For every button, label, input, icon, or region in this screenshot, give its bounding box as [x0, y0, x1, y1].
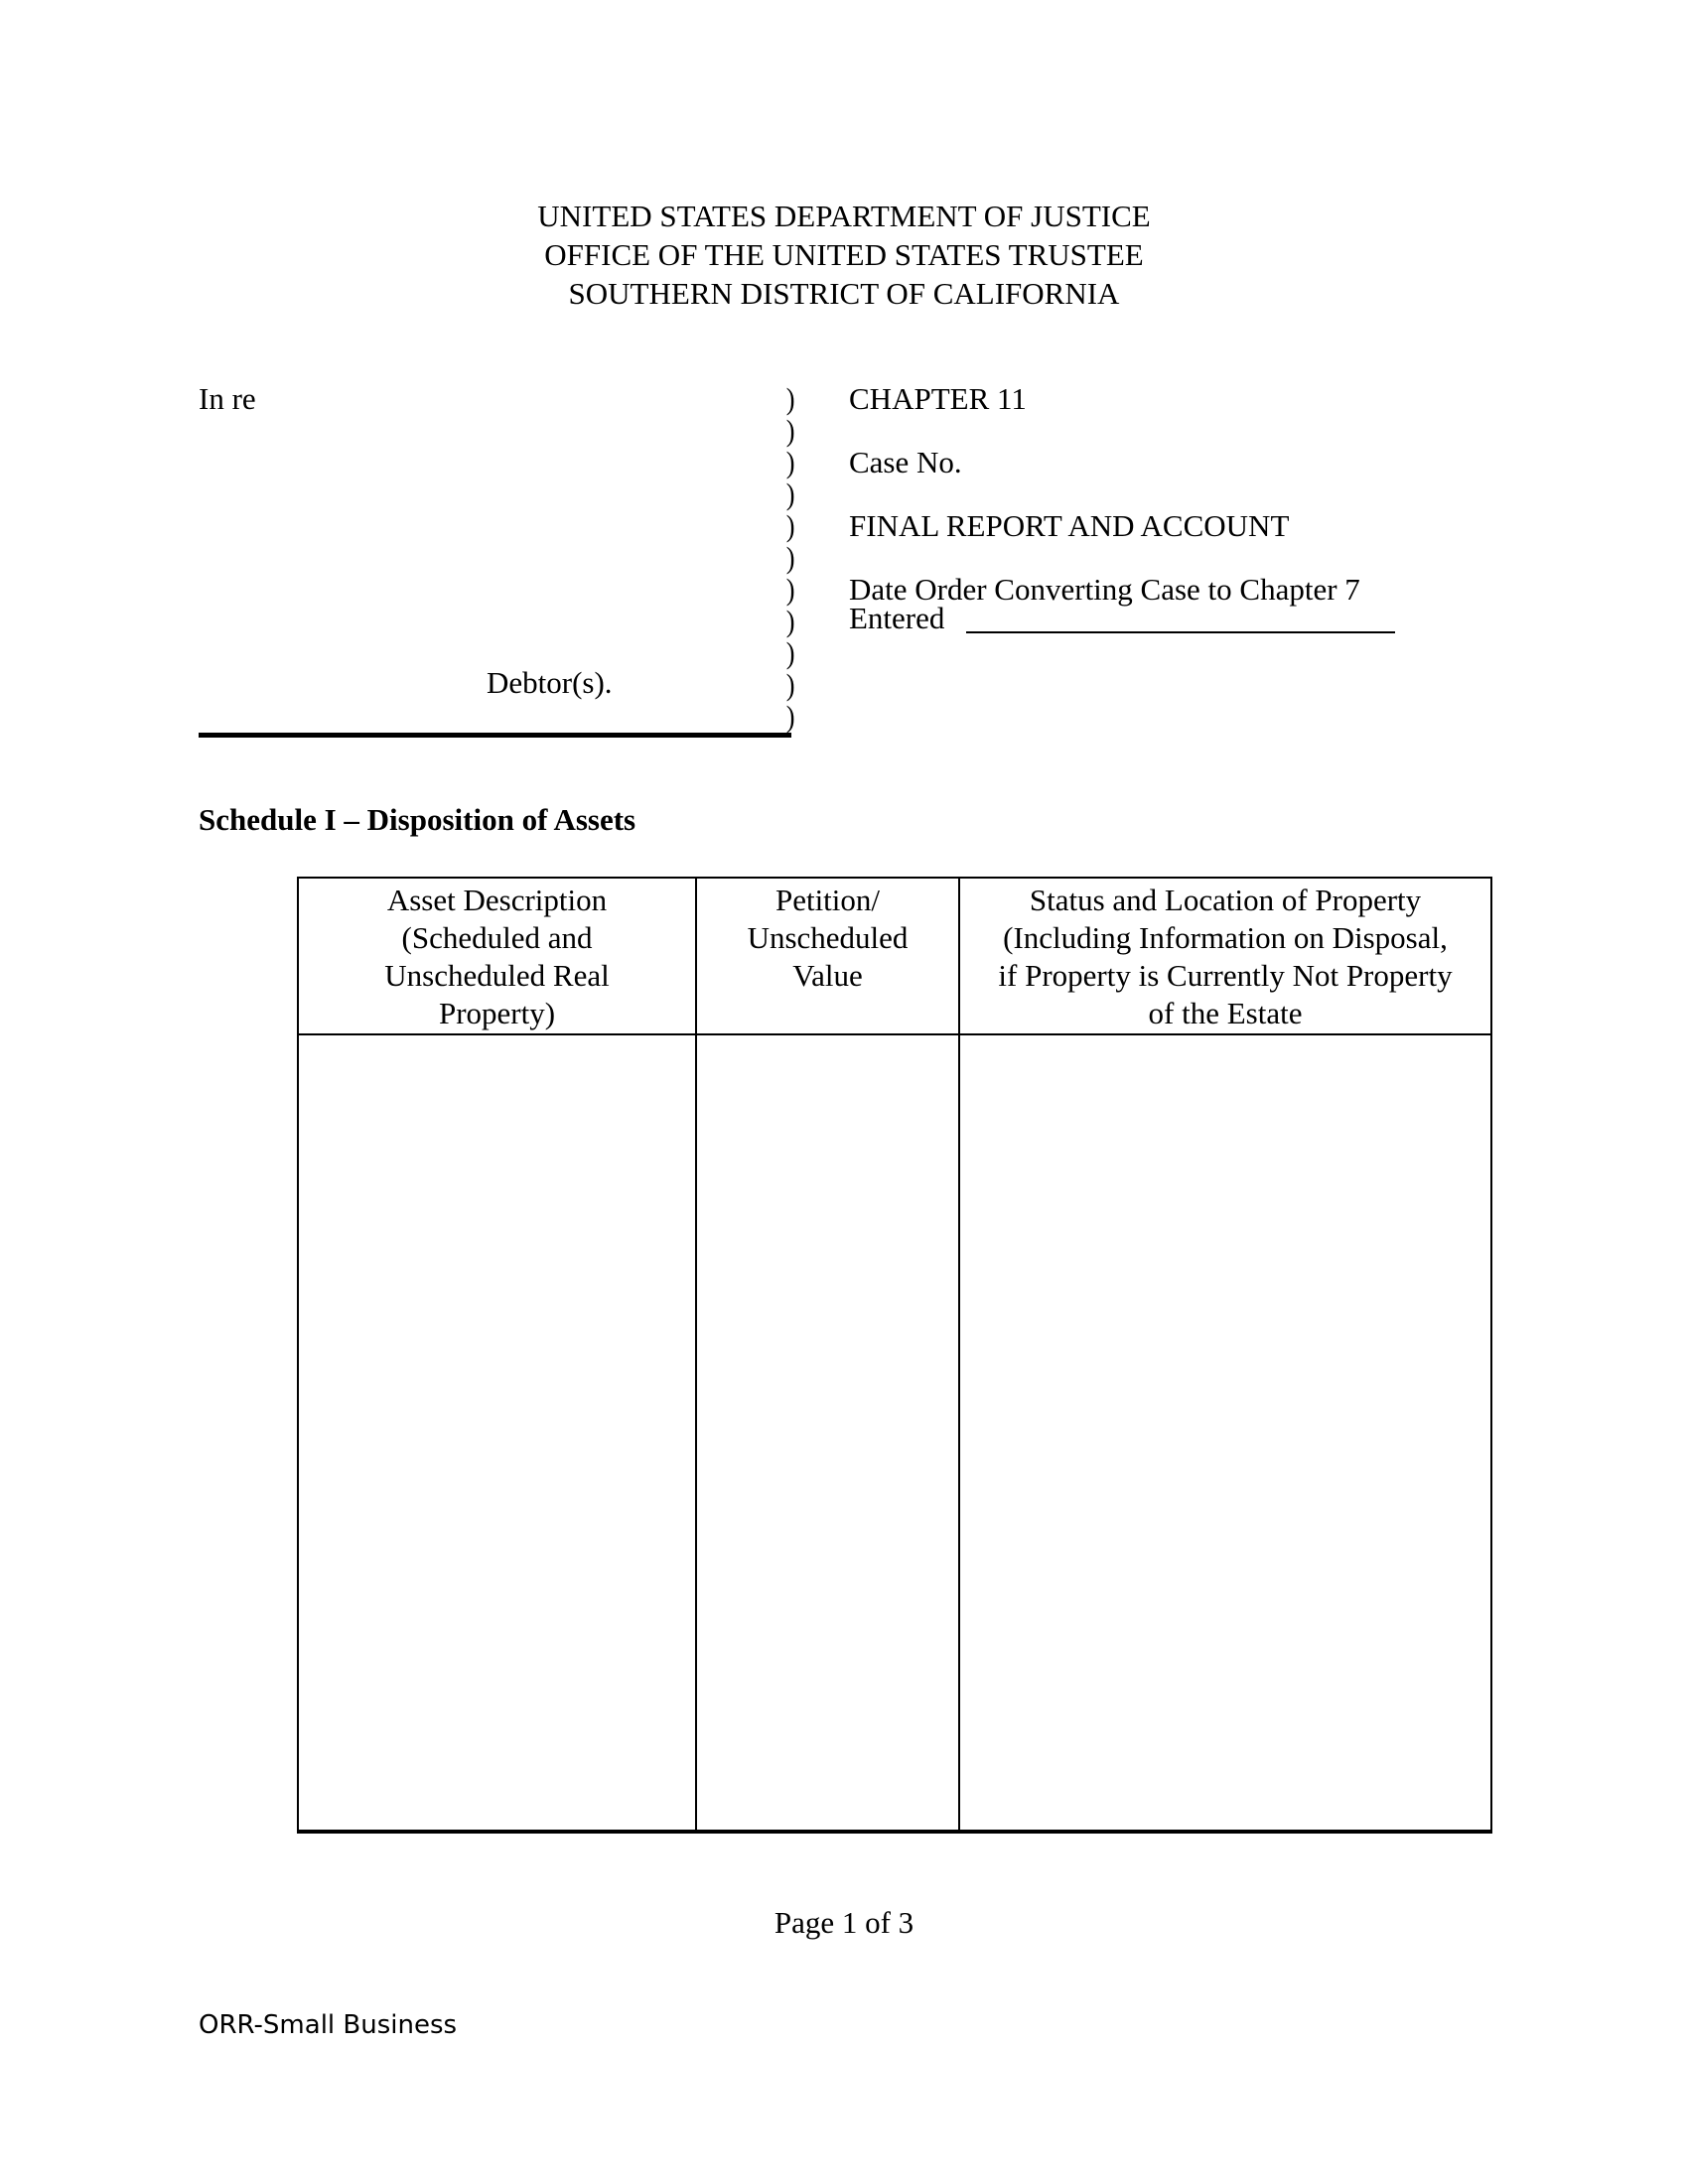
- header-line: if Property is Currently Not Property: [960, 957, 1490, 995]
- paren-glyph: ): [786, 637, 795, 668]
- header-line: Unscheduled Real: [299, 957, 695, 995]
- entered-label: Entered: [849, 603, 944, 633]
- header-line: Status and Location of Property: [960, 882, 1490, 919]
- case-number-label: Case No.: [849, 445, 962, 479]
- header-line: Value: [697, 957, 958, 995]
- header-line: Property): [299, 995, 695, 1032]
- header-line: Petition/: [697, 882, 958, 919]
- column-header-status-location: Status and Location of Property (Includi…: [959, 878, 1491, 1034]
- paren-glyph: ): [786, 574, 795, 605]
- paren-glyph: ): [786, 669, 795, 700]
- caption-rule: [199, 733, 791, 738]
- column-header-asset-description: Asset Description (Scheduled and Unsched…: [298, 878, 696, 1034]
- report-title: FINAL REPORT AND ACCOUNT: [849, 510, 1289, 541]
- petition-value-cell[interactable]: [696, 1034, 959, 1832]
- chapter-label: CHAPTER 11: [849, 383, 1027, 414]
- paren-glyph: ): [786, 510, 795, 541]
- district-title: SOUTHERN DISTRICT OF CALIFORNIA: [0, 278, 1688, 309]
- page-number: Page 1 of 3: [0, 1907, 1688, 1938]
- entered-date-field[interactable]: [966, 631, 1395, 633]
- paren-glyph: ): [786, 447, 795, 478]
- header-line: Asset Description: [299, 882, 695, 919]
- column-header-petition-value: Petition/ Unscheduled Value: [696, 878, 959, 1034]
- paren-glyph: ): [786, 701, 795, 732]
- paren-glyph: ): [786, 383, 795, 414]
- disposition-of-assets-table: Asset Description (Scheduled and Unsched…: [297, 877, 1492, 1834]
- paren-glyph: ): [786, 478, 795, 509]
- header-line: (Scheduled and: [299, 919, 695, 957]
- status-location-cell[interactable]: [959, 1034, 1491, 1832]
- form-identifier: ORR-Small Business: [199, 2010, 457, 2040]
- header-line: of the Estate: [960, 995, 1490, 1032]
- agency-title: UNITED STATES DEPARTMENT OF JUSTICE: [0, 201, 1688, 231]
- paren-glyph: ): [786, 606, 795, 636]
- office-title: OFFICE OF THE UNITED STATES TRUSTEE: [0, 239, 1688, 270]
- header-line: Unscheduled: [697, 919, 958, 957]
- schedule-title: Schedule I – Disposition of Assets: [199, 802, 635, 838]
- case-number-field[interactable]: Case No.: [849, 447, 962, 478]
- header-line: (Including Information on Disposal,: [960, 919, 1490, 957]
- table-row: [298, 1034, 1491, 1832]
- paren-glyph: ): [786, 415, 795, 446]
- table-header-row: Asset Description (Scheduled and Unsched…: [298, 878, 1491, 1034]
- in-re-label: In re: [199, 383, 256, 414]
- asset-description-cell[interactable]: [298, 1034, 696, 1832]
- debtor-label: Debtor(s).: [487, 667, 613, 698]
- paren-glyph: ): [786, 542, 795, 573]
